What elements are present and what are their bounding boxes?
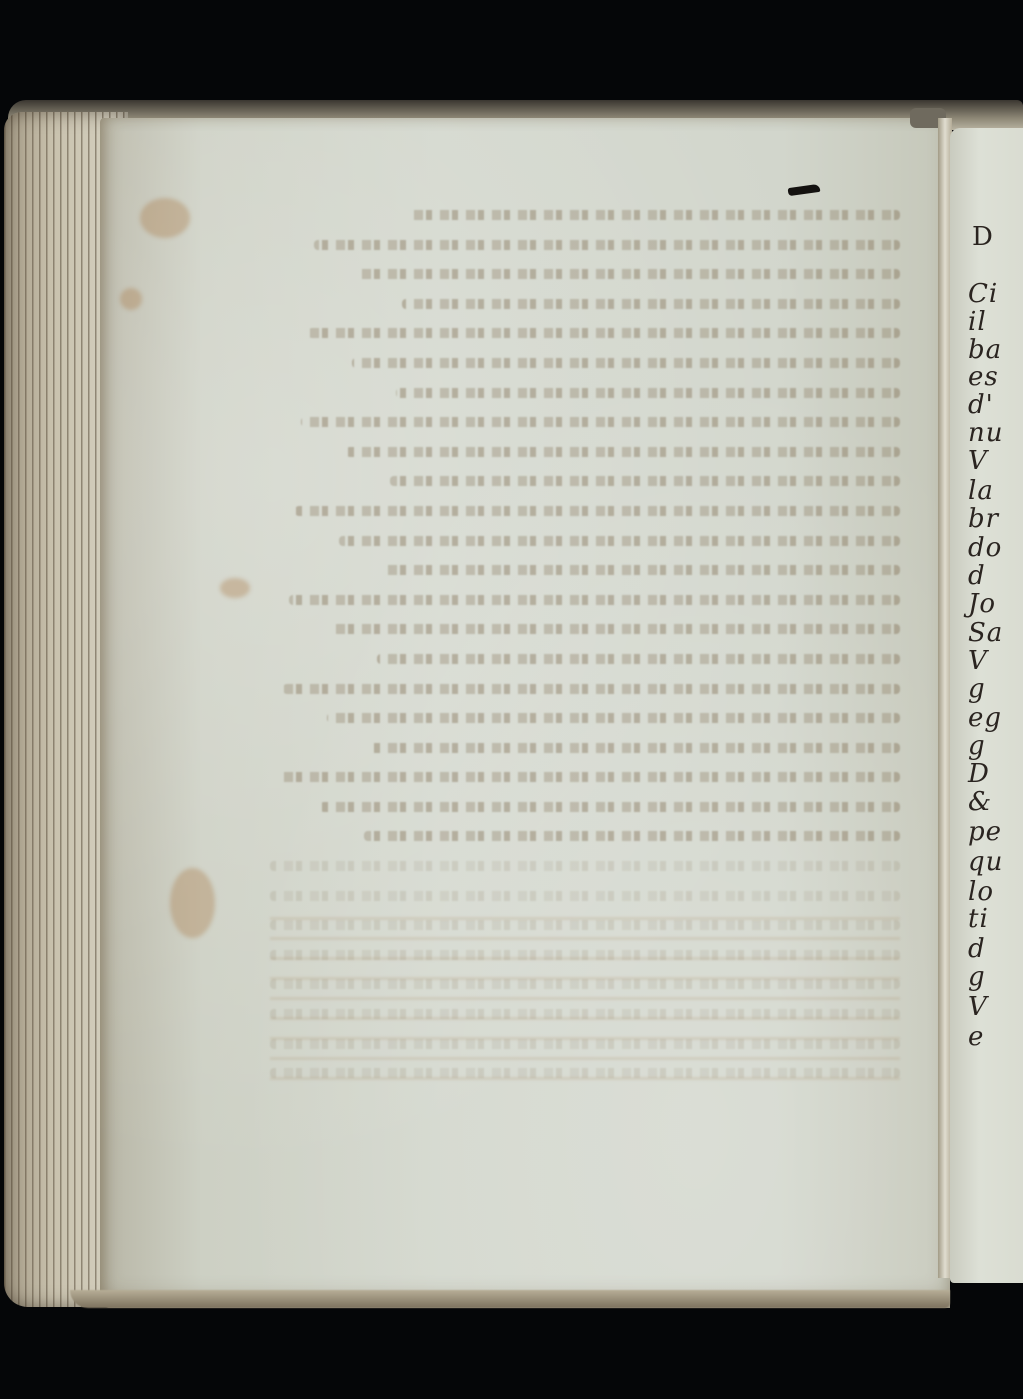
right-page-text-fragment: g xyxy=(968,674,986,704)
show-through-line xyxy=(327,713,900,723)
show-through-line xyxy=(283,684,900,694)
show-through-line xyxy=(358,269,900,279)
right-page-text-fragment: Jo xyxy=(968,589,996,619)
show-through-line xyxy=(346,447,900,457)
show-through-line xyxy=(402,299,900,309)
show-through-line xyxy=(365,831,901,841)
show-through-line xyxy=(377,654,900,664)
right-page: DCiilbaesd'nuVlabrdodJoSaVgeggD&pequloti… xyxy=(950,128,1023,1283)
show-through-line xyxy=(409,210,900,220)
show-through-line xyxy=(339,536,900,546)
right-page-text-fragment: Sa xyxy=(968,618,1003,648)
show-through-line xyxy=(295,506,900,516)
show-through-line xyxy=(390,476,900,486)
right-page-text-fragment: V xyxy=(968,646,988,676)
right-page-text-fragment: g xyxy=(968,731,986,761)
ruled-lines-show-through xyxy=(270,900,900,1080)
right-page-text-fragment: qu xyxy=(968,847,1003,877)
right-page-text-fragment: do xyxy=(968,533,1002,563)
show-through-line xyxy=(289,595,900,605)
show-through-line xyxy=(276,772,900,782)
right-page-text-fragment: la xyxy=(968,476,994,506)
right-page-text-fragment: & xyxy=(968,787,992,817)
right-page-text-fragment: e xyxy=(968,1022,984,1052)
foxing-stain xyxy=(170,868,215,938)
right-page-text-fragment: nu xyxy=(968,418,1004,448)
right-page-text-fragment: d xyxy=(968,561,986,591)
manuscript-spread: DCiilbaesd'nuVlabrdodJoSaVgeggD&pequloti… xyxy=(0,0,1023,1399)
right-page-text-fragment: g xyxy=(968,962,986,992)
show-through-line xyxy=(383,565,900,575)
right-page-text-fragment: d xyxy=(968,934,986,964)
right-page-text-fragment: V xyxy=(968,992,988,1022)
foxing-stain xyxy=(140,198,190,238)
right-page-heading-fragment: D xyxy=(972,222,994,252)
show-through-line xyxy=(320,802,900,812)
right-page-text-fragment: D xyxy=(968,759,990,789)
right-page-text-fragment: es xyxy=(968,362,999,392)
foxing-stain xyxy=(220,578,250,598)
right-page-text-fragment: ti xyxy=(968,904,989,934)
right-page-text-fragment: Ci xyxy=(968,279,998,309)
right-page-text-fragment: d' xyxy=(968,390,994,420)
show-through-line xyxy=(302,417,901,427)
show-through-line xyxy=(396,388,900,398)
show-through-line xyxy=(352,358,900,368)
show-through-line xyxy=(333,624,900,634)
show-through-line xyxy=(308,328,900,338)
right-page-text-fragment: V xyxy=(968,446,988,476)
foxing-stain xyxy=(120,288,142,310)
right-page-text-fragment: lo xyxy=(968,877,994,907)
show-through-line xyxy=(270,861,900,871)
page-bottom-edge xyxy=(70,1290,950,1308)
right-page-text-fragment: br xyxy=(968,504,999,534)
right-page-text-fragment: ba xyxy=(968,335,1002,365)
show-through-line xyxy=(371,743,900,753)
right-page-text-fragment: eg xyxy=(968,703,1002,733)
show-through-line xyxy=(314,240,900,250)
right-page-text-fragment: il xyxy=(968,307,987,337)
right-page-text-fragment: pe xyxy=(968,817,1002,847)
